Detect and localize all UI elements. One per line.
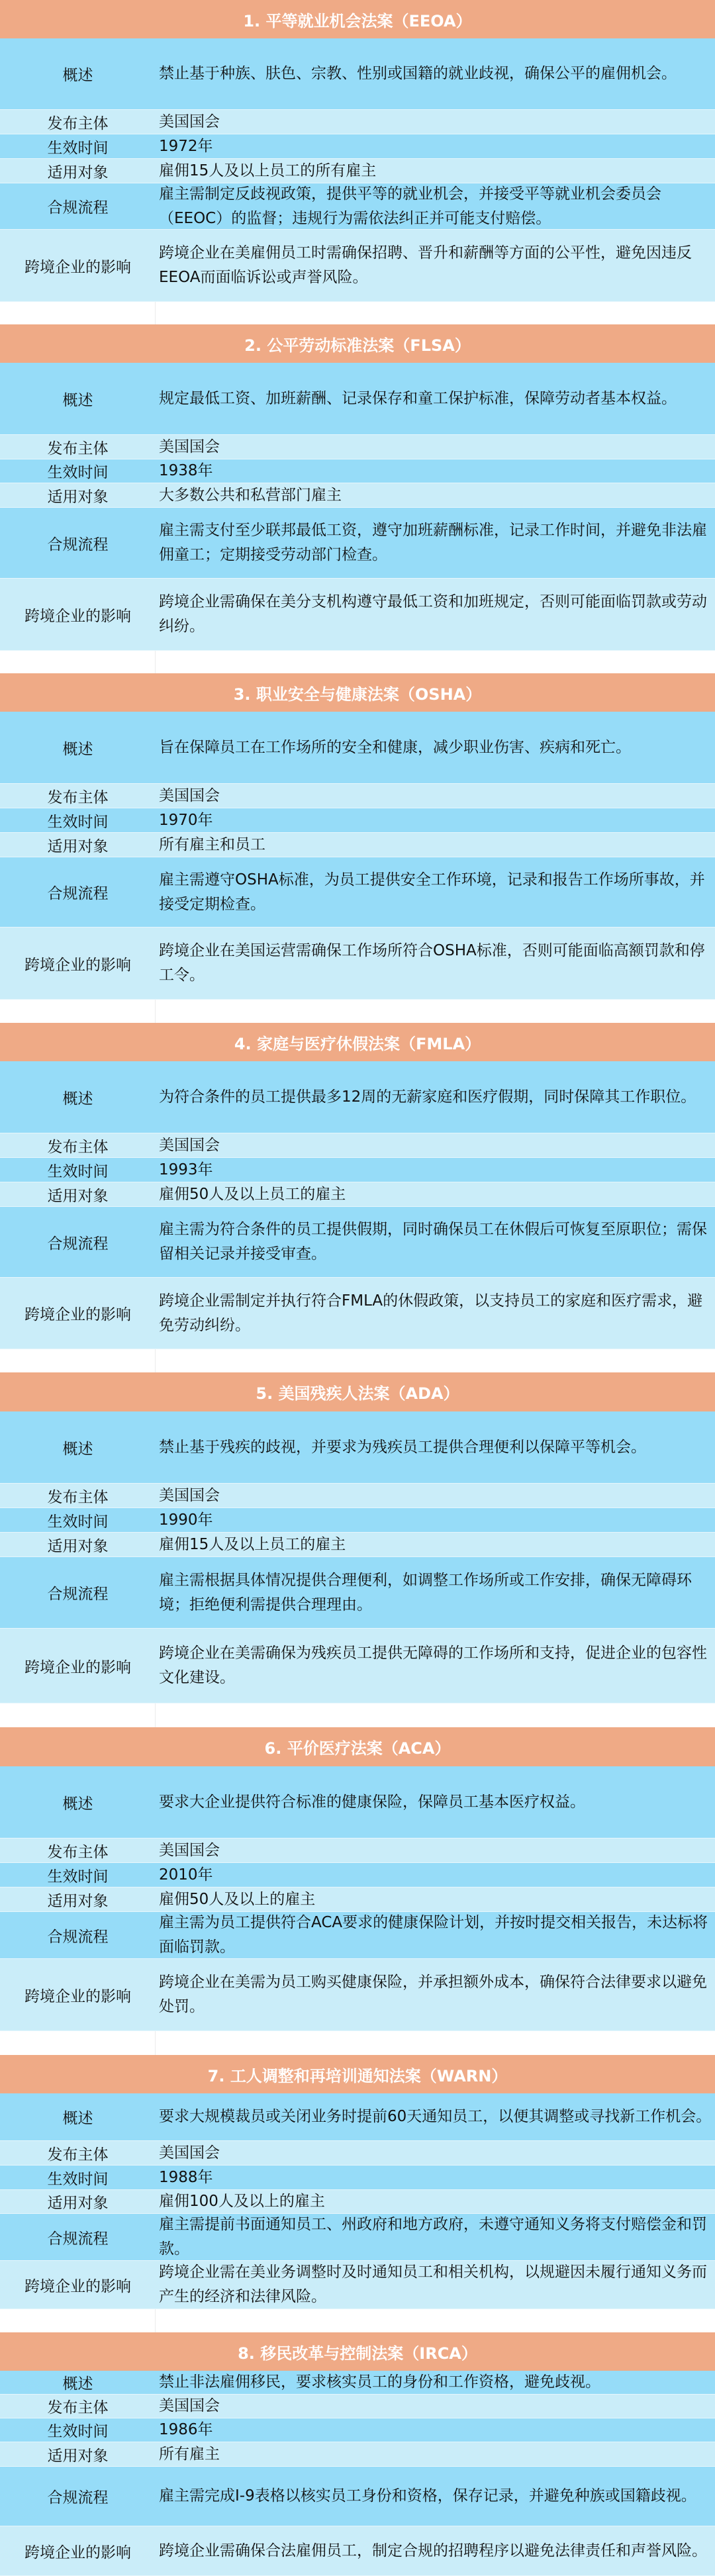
row-value: 雇主需提前书面通知员工、州政府和地方政府，未遵守通知义务将支付赔偿金和罚款。 <box>156 2214 715 2260</box>
row-label: 适用对象 <box>0 483 156 507</box>
row-effective: 生效时间1988年 <box>0 2166 715 2190</box>
row-value: 所有雇主 <box>156 2442 715 2466</box>
row-label: 发布主体 <box>0 110 156 134</box>
row-value: 为符合条件的员工提供最多12周的无薪家庭和医疗假期，同时保障其工作职位。 <box>156 1061 715 1133</box>
row-label: 发布主体 <box>0 1838 156 1862</box>
row-value: 跨境企业在美国运营需确保工作场所符合OSHA标准，否则可能面临高额罚款和停工令。 <box>156 928 715 999</box>
row-value: 所有雇主和员工 <box>156 833 715 857</box>
row-effective: 生效时间1986年 <box>0 2418 715 2442</box>
row-label: 适用对象 <box>0 1533 156 1556</box>
section-title: 7. 工人调整和再培训通知法案（WARN） <box>0 2055 715 2093</box>
row-compliance: 合规流程雇主需为符合条件的员工提供假期，同时确保员工在休假后可恢复至原职位；需保… <box>0 1207 715 1278</box>
row-label: 生效时间 <box>0 808 156 832</box>
row-value: 美国国会 <box>156 1838 715 1862</box>
row-value: 跨境企业需在美业务调整时及时通知员工和相关机构，以规避因未履行通知义务而产生的经… <box>156 2261 715 2309</box>
row-scope: 适用对象雇佣50人及以上的雇主 <box>0 1887 715 1912</box>
row-impact: 跨境企业的影响跨境企业需制定并执行符合FMLA的休假政策，以支持员工的家庭和医疗… <box>0 1278 715 1349</box>
row-value: 禁止基于残疾的歧视，并要求为残疾员工提供合理便利以保障平等机会。 <box>156 1411 715 1483</box>
row-label: 跨境企业的影响 <box>0 1629 156 1703</box>
row-value: 2010年 <box>156 1863 715 1887</box>
row-publisher: 发布主体美国国会 <box>0 2395 715 2418</box>
row-value: 美国国会 <box>156 2395 715 2418</box>
row-label: 生效时间 <box>0 1158 156 1182</box>
row-scope: 适用对象雇佣15人及以上员工的所有雇主 <box>0 159 715 183</box>
row-value: 跨境企业在美雇佣员工时需确保招聘、晋升和薪酬等方面的公平性，避免因违反EEOA而… <box>156 230 715 301</box>
row-compliance: 合规流程雇主需完成I-9表格以核实员工身份和资格，保存记录，并避免种族或国籍歧视… <box>0 2467 715 2526</box>
row-label: 跨境企业的影响 <box>0 1278 156 1349</box>
law-section-fmla: 4. 家庭与医疗休假法案（FMLA） 概述为符合条件的员工提供最多12周的无薪家… <box>0 1023 715 1372</box>
row-value: 雇佣50人及以上的雇主 <box>156 1887 715 1911</box>
row-value: 要求大企业提供符合标准的健康保险，保障员工基本医疗权益。 <box>156 1766 715 1838</box>
row-value: 美国国会 <box>156 110 715 134</box>
row-publisher: 发布主体美国国会 <box>0 110 715 134</box>
section-title: 8. 移民改革与控制法案（IRCA） <box>0 2332 715 2371</box>
row-label: 概述 <box>0 363 156 434</box>
row-effective: 生效时间2010年 <box>0 1863 715 1887</box>
row-value: 跨境企业在美需为员工购买健康保险，并承担额外成本，确保符合法律要求以避免处罚。 <box>156 1959 715 2030</box>
row-value: 雇主需为员工提供符合ACA要求的健康保险计划，并按时提交相关报告，未达标将面临罚… <box>156 1912 715 1958</box>
section-spacer <box>0 2309 715 2332</box>
section-spacer <box>0 2031 715 2055</box>
section-spacer <box>0 1000 715 1023</box>
row-publisher: 发布主体美国国会 <box>0 1133 715 1158</box>
section-title: 1. 平等就业机会法案（EEOA） <box>0 0 715 38</box>
row-label: 概述 <box>0 1411 156 1483</box>
row-label: 合规流程 <box>0 2214 156 2260</box>
row-label: 概述 <box>0 712 156 783</box>
row-publisher: 发布主体美国国会 <box>0 1838 715 1863</box>
row-effective: 生效时间1938年 <box>0 459 715 483</box>
section-title: 2. 公平劳动标准法案（FLSA） <box>0 324 715 363</box>
row-label: 适用对象 <box>0 1887 156 1911</box>
row-value: 雇主需支付至少联邦最低工资，遵守加班薪酬标准，记录工作时间，并避免非法雇佣童工；… <box>156 508 715 578</box>
row-label: 合规流程 <box>0 857 156 927</box>
row-value: 禁止非法雇佣移民，要求核实员工的身份和工作资格，避免歧视。 <box>156 2371 715 2394</box>
row-value: 跨境企业需制定并执行符合FMLA的休假政策，以支持员工的家庭和医疗需求，避免劳动… <box>156 1278 715 1349</box>
row-compliance: 合规流程雇主需支付至少联邦最低工资，遵守加班薪酬标准，记录工作时间，并避免非法雇… <box>0 508 715 579</box>
row-effective: 生效时间1972年 <box>0 134 715 159</box>
row-value: 1988年 <box>156 2166 715 2189</box>
row-value: 1970年 <box>156 808 715 832</box>
row-value: 雇佣100人及以上的雇主 <box>156 2190 715 2213</box>
law-section-warn: 7. 工人调整和再培训通知法案（WARN） 概述要求大规模裁员或关闭业务时提前6… <box>0 2055 715 2332</box>
row-label: 发布主体 <box>0 2395 156 2418</box>
section-title: 3. 职业安全与健康法案（OSHA） <box>0 673 715 712</box>
row-publisher: 发布主体美国国会 <box>0 435 715 459</box>
row-effective: 生效时间1970年 <box>0 808 715 833</box>
row-overview: 概述禁止非法雇佣移民，要求核实员工的身份和工作资格，避免歧视。 <box>0 2371 715 2395</box>
row-compliance: 合规流程雇主需为员工提供符合ACA要求的健康保险计划，并按时提交相关报告，未达标… <box>0 1912 715 1959</box>
row-compliance: 合规流程雇主需提前书面通知员工、州政府和地方政府，未遵守通知义务将支付赔偿金和罚… <box>0 2214 715 2261</box>
row-overview: 概述规定最低工资、加班薪酬、记录保存和童工保护标准，保障劳动者基本权益。 <box>0 363 715 435</box>
row-scope: 适用对象大多数公共和私营部门雇主 <box>0 483 715 508</box>
row-value: 跨境企业需确保合法雇佣员工，制定合规的招聘程序以避免法律责任和声誉风险。 <box>156 2526 715 2575</box>
row-label: 发布主体 <box>0 784 156 808</box>
row-publisher: 发布主体美国国会 <box>0 784 715 808</box>
row-label: 生效时间 <box>0 2166 156 2189</box>
row-value: 雇主需完成I-9表格以核实员工身份和资格，保存记录，并避免种族或国籍歧视。 <box>156 2467 715 2526</box>
row-value: 1990年 <box>156 1508 715 1532</box>
row-compliance: 合规流程雇主需制定反歧视政策，提供平等的就业机会，并接受平等就业机会委员会（EE… <box>0 183 715 230</box>
row-value: 1986年 <box>156 2418 715 2442</box>
law-section-flsa: 2. 公平劳动标准法案（FLSA） 概述规定最低工资、加班薪酬、记录保存和童工保… <box>0 324 715 673</box>
row-compliance: 合规流程雇主需遵守OSHA标准，为员工提供安全工作环境，记录和报告工作场所事故，… <box>0 857 715 928</box>
row-label: 概述 <box>0 1061 156 1133</box>
row-label: 发布主体 <box>0 1133 156 1157</box>
row-effective: 生效时间1993年 <box>0 1158 715 1182</box>
law-section-eeoa: 1. 平等就业机会法案（EEOA） 概述禁止基于种族、肤色、宗教、性别或国籍的就… <box>0 0 715 324</box>
row-label: 概述 <box>0 38 156 109</box>
row-impact: 跨境企业的影响跨境企业在美需确保为残疾员工提供无障碍的工作场所和支持，促进企业的… <box>0 1629 715 1703</box>
row-value: 旨在保障员工在工作场所的安全和健康，减少职业伤害、疾病和死亡。 <box>156 712 715 783</box>
section-spacer <box>0 651 715 673</box>
row-value: 1938年 <box>156 459 715 483</box>
row-value: 美国国会 <box>156 784 715 808</box>
row-label: 生效时间 <box>0 134 156 158</box>
row-publisher: 发布主体美国国会 <box>0 1484 715 1508</box>
row-label: 跨境企业的影响 <box>0 2261 156 2309</box>
law-section-aca: 6. 平价医疗法案（ACA） 概述要求大企业提供符合标准的健康保险，保障员工基本… <box>0 1727 715 2055</box>
row-label: 合规流程 <box>0 1207 156 1277</box>
row-label: 适用对象 <box>0 2190 156 2213</box>
law-section-osha: 3. 职业安全与健康法案（OSHA） 概述旨在保障员工在工作场所的安全和健康，减… <box>0 673 715 1023</box>
row-value: 美国国会 <box>156 435 715 459</box>
row-scope: 适用对象雇佣15人及以上员工的雇主 <box>0 1533 715 1557</box>
row-impact: 跨境企业的影响跨境企业需确保在美分支机构遵守最低工资和加班规定，否则可能面临罚款… <box>0 579 715 651</box>
row-label: 合规流程 <box>0 2467 156 2526</box>
row-overview: 概述要求大企业提供符合标准的健康保险，保障员工基本医疗权益。 <box>0 1766 715 1838</box>
row-label: 跨境企业的影响 <box>0 1959 156 2030</box>
row-value: 雇佣15人及以上员工的所有雇主 <box>156 159 715 183</box>
row-label: 发布主体 <box>0 2141 156 2165</box>
row-scope: 适用对象雇佣50人及以上员工的雇主 <box>0 1182 715 1207</box>
row-label: 适用对象 <box>0 1182 156 1206</box>
row-impact: 跨境企业的影响跨境企业需在美业务调整时及时通知员工和相关机构，以规避因未履行通知… <box>0 2261 715 2309</box>
row-value: 美国国会 <box>156 1133 715 1157</box>
row-scope: 适用对象雇佣100人及以上的雇主 <box>0 2190 715 2214</box>
row-value: 美国国会 <box>156 2141 715 2165</box>
row-value: 雇佣50人及以上员工的雇主 <box>156 1182 715 1206</box>
section-title: 6. 平价医疗法案（ACA） <box>0 1727 715 1766</box>
row-impact: 跨境企业的影响跨境企业在美国运营需确保工作场所符合OSHA标准，否则可能面临高额… <box>0 928 715 1000</box>
row-label: 适用对象 <box>0 833 156 857</box>
row-label: 合规流程 <box>0 1557 156 1628</box>
row-label: 跨境企业的影响 <box>0 928 156 999</box>
row-label: 生效时间 <box>0 2418 156 2442</box>
row-value: 1972年 <box>156 134 715 158</box>
row-overview: 概述禁止基于种族、肤色、宗教、性别或国籍的就业歧视，确保公平的雇佣机会。 <box>0 38 715 110</box>
row-value: 跨境企业在美需确保为残疾员工提供无障碍的工作场所和支持，促进企业的包容性文化建设… <box>156 1629 715 1703</box>
row-value: 雇佣15人及以上员工的雇主 <box>156 1533 715 1556</box>
row-label: 适用对象 <box>0 2442 156 2466</box>
row-value: 雇主需为符合条件的员工提供假期，同时确保员工在休假后可恢复至原职位；需保留相关记… <box>156 1207 715 1277</box>
section-title: 5. 美国残疾人法案（ADA） <box>0 1372 715 1411</box>
row-label: 生效时间 <box>0 1508 156 1532</box>
row-value: 雇主需遵守OSHA标准，为员工提供安全工作环境，记录和报告工作场所事故，并接受定… <box>156 857 715 927</box>
row-label: 生效时间 <box>0 459 156 483</box>
section-title: 4. 家庭与医疗休假法案（FMLA） <box>0 1023 715 1061</box>
row-label: 概述 <box>0 2093 156 2140</box>
row-compliance: 合规流程雇主需根据具体情况提供合理便利，如调整工作场所或工作安排，确保无障碍环境… <box>0 1557 715 1629</box>
row-impact: 跨境企业的影响跨境企业需确保合法雇佣员工，制定合规的招聘程序以避免法律责任和声誉… <box>0 2526 715 2576</box>
row-value: 禁止基于种族、肤色、宗教、性别或国籍的就业歧视，确保公平的雇佣机会。 <box>156 38 715 109</box>
row-value: 跨境企业需确保在美分支机构遵守最低工资和加班规定，否则可能面临罚款或劳动纠纷。 <box>156 579 715 650</box>
law-section-ada: 5. 美国残疾人法案（ADA） 概述禁止基于残疾的歧视，并要求为残疾员工提供合理… <box>0 1372 715 1727</box>
row-value: 大多数公共和私营部门雇主 <box>156 483 715 507</box>
law-section-irca: 8. 移民改革与控制法案（IRCA） 概述禁止非法雇佣移民，要求核实员工的身份和… <box>0 2332 715 2576</box>
row-scope: 适用对象所有雇主和员工 <box>0 833 715 857</box>
row-label: 发布主体 <box>0 1484 156 1507</box>
row-overview: 概述要求大规模裁员或关闭业务时提前60天通知员工，以便其调整或寻找新工作机会。 <box>0 2093 715 2141</box>
section-spacer <box>0 1349 715 1372</box>
row-impact: 跨境企业的影响跨境企业在美需为员工购买健康保险，并承担额外成本，确保符合法律要求… <box>0 1959 715 2031</box>
row-scope: 适用对象所有雇主 <box>0 2442 715 2467</box>
row-label: 发布主体 <box>0 435 156 459</box>
section-spacer <box>0 1703 715 1727</box>
row-overview: 概述禁止基于残疾的歧视，并要求为残疾员工提供合理便利以保障平等机会。 <box>0 1411 715 1484</box>
row-label: 概述 <box>0 1766 156 1838</box>
row-impact: 跨境企业的影响跨境企业在美雇佣员工时需确保招聘、晋升和薪酬等方面的公平性，避免因… <box>0 230 715 302</box>
row-value: 美国国会 <box>156 1484 715 1507</box>
row-label: 合规流程 <box>0 1912 156 1958</box>
row-value: 雇主需制定反歧视政策，提供平等的就业机会，并接受平等就业机会委员会（EEOC）的… <box>156 183 715 229</box>
row-label: 跨境企业的影响 <box>0 2526 156 2575</box>
row-label: 合规流程 <box>0 508 156 578</box>
section-spacer <box>0 302 715 324</box>
us-employment-law-table: 1. 平等就业机会法案（EEOA） 概述禁止基于种族、肤色、宗教、性别或国籍的就… <box>0 0 715 2576</box>
row-label: 跨境企业的影响 <box>0 230 156 301</box>
row-value: 规定最低工资、加班薪酬、记录保存和童工保护标准，保障劳动者基本权益。 <box>156 363 715 434</box>
row-value: 1993年 <box>156 1158 715 1182</box>
row-publisher: 发布主体美国国会 <box>0 2141 715 2166</box>
row-label: 适用对象 <box>0 159 156 183</box>
row-value: 雇主需根据具体情况提供合理便利，如调整工作场所或工作安排，确保无障碍环境；拒绝便… <box>156 1557 715 1628</box>
row-label: 合规流程 <box>0 183 156 229</box>
row-overview: 概述旨在保障员工在工作场所的安全和健康，减少职业伤害、疾病和死亡。 <box>0 712 715 784</box>
row-label: 概述 <box>0 2371 156 2394</box>
row-label: 跨境企业的影响 <box>0 579 156 650</box>
row-effective: 生效时间1990年 <box>0 1508 715 1533</box>
row-overview: 概述为符合条件的员工提供最多12周的无薪家庭和医疗假期，同时保障其工作职位。 <box>0 1061 715 1133</box>
row-label: 生效时间 <box>0 1863 156 1887</box>
row-value: 要求大规模裁员或关闭业务时提前60天通知员工，以便其调整或寻找新工作机会。 <box>156 2093 715 2140</box>
